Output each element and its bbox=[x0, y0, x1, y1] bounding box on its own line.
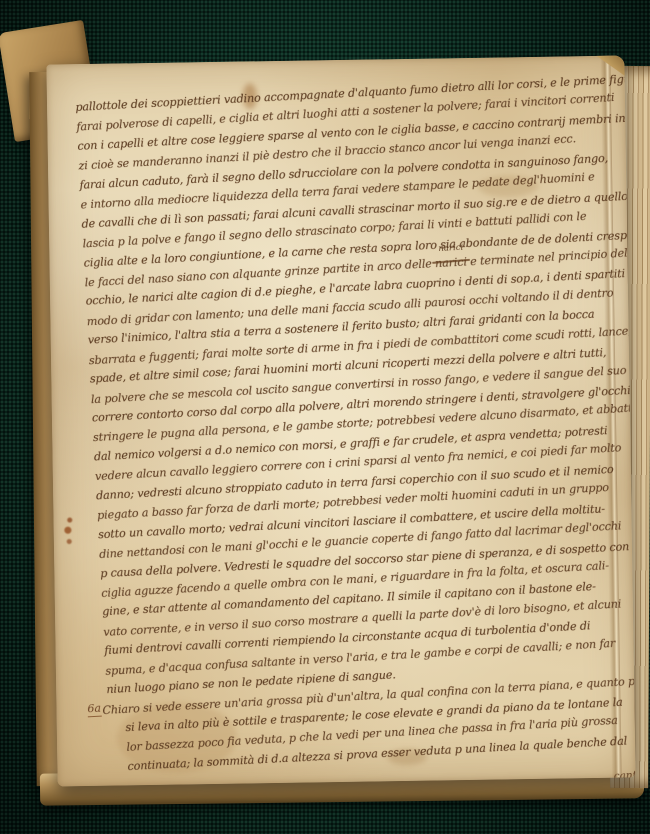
manuscript-page: 6a pallottole dei scoppiettieri vadino a… bbox=[46, 56, 635, 787]
handwritten-text-block: 6a pallottole dei scoppiettieri vadino a… bbox=[75, 68, 636, 786]
manuscript-lines: pallottole dei scoppiettieri vadino acco… bbox=[75, 68, 636, 777]
margin-ink-mark bbox=[62, 514, 77, 547]
folio-annotation: 6a bbox=[87, 702, 101, 718]
manuscript-photo: 6a pallottole dei scoppiettieri vadino a… bbox=[0, 0, 650, 834]
interline-correction: narici bbox=[438, 243, 463, 254]
